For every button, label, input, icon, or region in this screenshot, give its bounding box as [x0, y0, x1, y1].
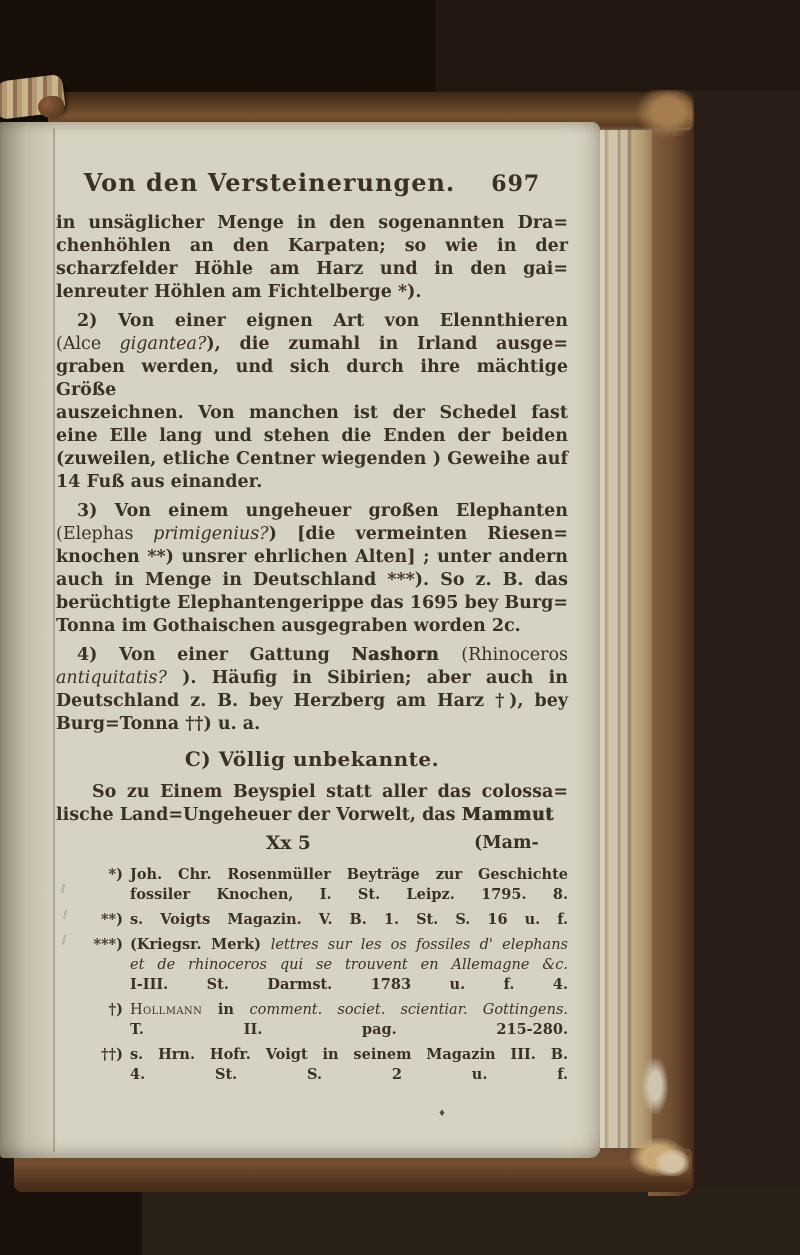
footnote-line: Hollmann in comment. societ. scientiar. …	[130, 1000, 568, 1020]
running-header: Von den Versteinerungen. 697	[56, 168, 568, 197]
paragraph-continuation: in unsäglicher Menge in den sogenannten …	[56, 212, 568, 304]
latin-text: (Elephas	[56, 524, 153, 544]
footnote-marker: *)	[80, 865, 130, 905]
italic-text: lettres sur les os fossiles d' elephans	[271, 937, 568, 953]
body-line: lenreuter Höhlen am Fichtelberge *).	[56, 281, 568, 304]
background-panel	[688, 90, 800, 1255]
gutter-fold-line	[53, 128, 55, 1152]
footnote-text: Joh. Chr. Rosenmüller Beyträge zur Gesch…	[130, 865, 568, 905]
gutter-shadow	[0, 122, 58, 1158]
paragraph-item-4: 4) Von einer Gattung Nashorn (Rhinoceros…	[56, 644, 568, 736]
footnote-line: I-III. St. Darmst. 1783 u. f. 4.	[130, 975, 568, 995]
body-line: (zuweilen, etliche Centner wiegenden ) G…	[56, 448, 568, 471]
italic-text: comment. societ. scientiar. Gottingens.	[250, 1002, 568, 1018]
cover-wear-patch	[636, 90, 694, 138]
cover-wear-patch	[642, 1058, 668, 1114]
signature-mark: Xx 5	[266, 833, 311, 854]
footnote-text: (Kriegsr. Merk) lettres sur les os fossi…	[130, 935, 568, 995]
footnote: †) Hollmann in comment. societ. scientia…	[80, 1000, 568, 1040]
body-line: (Elephas primigenius?) [die vermeinten R…	[56, 523, 568, 546]
fraktur-text: in	[202, 1001, 249, 1018]
section-heading: C) Völlig unbekannte.	[56, 746, 568, 772]
footnote-line: (Kriegsr. Merk) lettres sur les os fossi…	[130, 935, 568, 955]
body-line: scharzfelder Höhle am Harz und in den ga…	[56, 258, 568, 281]
italic-text: antiquitatis?	[56, 668, 167, 688]
body-line: graben werden, und sich durch ihre mächt…	[56, 356, 568, 402]
footnote-line: et de rhinoceros qui se trouvent en Alle…	[130, 955, 568, 975]
body-line: chenhöhlen an den Karpaten; so wie in de…	[56, 235, 568, 258]
footnote-line: fossiler Knochen, I. St. Leipz. 1795. 8.	[130, 885, 568, 905]
italic-text: primigenius?	[153, 524, 268, 544]
fraktur-text: 4) Von einer Gattung	[77, 645, 351, 665]
footnote-marker: ***)	[80, 935, 130, 995]
cover-wear-patch	[655, 1150, 689, 1176]
book-right-cover-edge	[648, 104, 694, 1196]
signature-row: Xx 5 (Mam-	[56, 833, 568, 856]
body-line: 14 Fuß aus einander.	[56, 471, 568, 494]
ornament-dot: ♦	[438, 1109, 446, 1119]
catchword: (Mam-	[474, 833, 539, 853]
book-headband-knob	[38, 96, 64, 118]
body-line: knochen **) unsrer ehrlichen Alten] ; un…	[56, 546, 568, 569]
body-line: berüchtigte Elephantengerippe das 1695 b…	[56, 592, 568, 615]
page-header-title: Von den Versteinerungen.	[84, 168, 456, 197]
footnotes-block: *) Joh. Chr. Rosenmüller Beyträge zur Ge…	[80, 865, 568, 1085]
footnote-line: s. Voigts Magazin. V. B. 1. St. S. 16 u.…	[130, 910, 568, 930]
footnote: **) s. Voigts Magazin. V. B. 1. St. S. 1…	[80, 910, 568, 930]
body-line: in unsäglicher Menge in den sogenannten …	[56, 212, 568, 235]
paragraph-example: So zu Einem Beyspiel statt aller das col…	[56, 781, 568, 827]
footnote: ***) (Kriegsr. Merk) lettres sur les os …	[80, 935, 568, 995]
body-line: auch in Menge in Deutschland ***). So z.…	[56, 569, 568, 592]
body-line: lische Land=Ungeheuer der Vorwelt, das M…	[56, 804, 568, 827]
footnote-text: Hollmann in comment. societ. scientiar. …	[130, 1000, 568, 1040]
footnote-line: T. II. pag. 215-280.	[130, 1020, 568, 1040]
fraktur-text: lische Land=Ungeheuer der Vorwelt, das	[56, 805, 462, 825]
latin-text: (Rhinoceros	[461, 645, 568, 665]
fraktur-text: ) [die vermeinten Riesen=	[269, 524, 568, 544]
book-page: Von den Versteinerungen. 697 in unsäglic…	[0, 122, 600, 1158]
text-column: Von den Versteinerungen. 697 in unsäglic…	[56, 122, 568, 1115]
smallcaps-text: Hollmann	[130, 1002, 202, 1018]
body-line: Tonna im Gothaischen ausgegraben worden …	[56, 615, 568, 638]
footnote: ††) s. Hrn. Hofr. Voigt in seinem Magazi…	[80, 1045, 568, 1085]
fraktur-text: (Kriegsr. Merk)	[130, 936, 271, 953]
fraktur-text: ). Häufig in Sibirien; aber auch in	[167, 668, 568, 688]
body-line: 4) Von einer Gattung Nashorn (Rhinoceros	[56, 644, 568, 667]
paragraph-item-3: 3) Von einem ungeheuer großen Elephanten…	[56, 500, 568, 638]
body-line: auszeichnen. Von manchen ist der Schedel…	[56, 402, 568, 425]
emphasized-text: Mammut	[462, 805, 554, 825]
body-line: 3) Von einem ungeheuer großen Elephanten	[56, 500, 568, 523]
page-fore-edge-stack	[596, 124, 652, 1164]
footnote-marker: ††)	[80, 1045, 130, 1085]
italic-text: et de rhinoceros qui se trouvent en Alle…	[130, 957, 568, 973]
book-photo: Von den Versteinerungen. 697 in unsäglic…	[0, 0, 800, 1255]
emphasized-text: Nashorn	[351, 645, 461, 665]
italic-text: gigantea?	[119, 334, 206, 354]
footnote-text: s. Voigts Magazin. V. B. 1. St. S. 16 u.…	[130, 910, 568, 930]
body-line: 2) Von einer eignen Art von Elennthieren	[56, 310, 568, 333]
body-line: So zu Einem Beyspiel statt aller das col…	[56, 781, 568, 804]
paragraph-item-2: 2) Von einer eignen Art von Elennthieren…	[56, 310, 568, 494]
footnote-marker: †)	[80, 1000, 130, 1040]
body-line: Deutschland z. B. bey Herzberg am Harz †…	[56, 690, 568, 713]
footnote-line: 4. St. S. 2 u. f.	[130, 1065, 568, 1085]
footnote-line: s. Hrn. Hofr. Voigt in seinem Magazin II…	[130, 1045, 568, 1065]
ornament-row: ♦	[56, 1101, 568, 1115]
body-line: antiquitatis? ). Häufig in Sibirien; abe…	[56, 667, 568, 690]
footnote-marker: **)	[80, 910, 130, 930]
latin-text: (Alce	[56, 334, 119, 354]
body-line: Burg=Tonna ††) u. a.	[56, 713, 568, 736]
fraktur-text: ), die zumahl in Irland ausge=	[206, 334, 568, 354]
background-panel	[140, 1186, 800, 1255]
page-number: 697	[491, 171, 540, 197]
footnote-line: Joh. Chr. Rosenmüller Beyträge zur Gesch…	[130, 865, 568, 885]
body-line: eine Elle lang und stehen die Enden der …	[56, 425, 568, 448]
footnote-text: s. Hrn. Hofr. Voigt in seinem Magazin II…	[130, 1045, 568, 1085]
body-line: (Alce gigantea?), die zumahl in Irland a…	[56, 333, 568, 356]
footnote: *) Joh. Chr. Rosenmüller Beyträge zur Ge…	[80, 865, 568, 905]
